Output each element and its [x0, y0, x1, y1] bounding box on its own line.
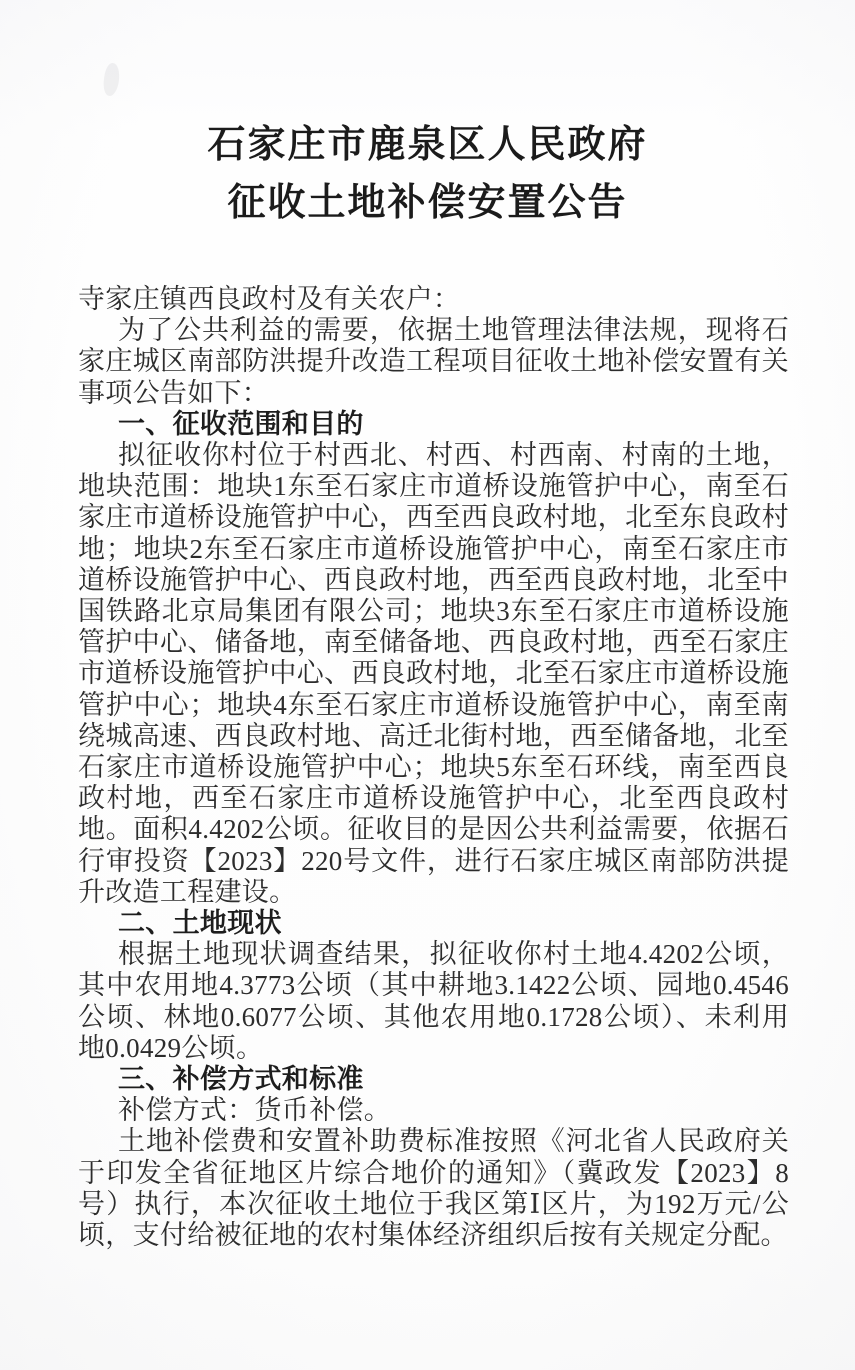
section-heading-scope-purpose: 一、征收范围和目的: [78, 409, 789, 440]
notice-body: 寺家庄镇西良政村及有关农户： 为了公共利益的需要，依据土地管理法律法规，现将石家…: [78, 284, 789, 1251]
notice-title-line-1: 石家庄市鹿泉区人民政府: [0, 116, 855, 174]
section-compensation-standard-paragraph: 土地补偿费和安置补助费标准按照《河北省人民政府关于印发全省征地区片综合地价的通知…: [78, 1126, 789, 1251]
salutation-line: 寺家庄镇西良政村及有关农户：: [78, 284, 789, 315]
section-heading-land-status: 二、土地现状: [78, 908, 789, 939]
section-land-status-paragraph: 根据土地现状调查结果，拟征收你村土地4.4202公顷，其中农用地4.3773公顷…: [78, 939, 789, 1064]
section-scope-purpose-paragraph: 拟征收你村位于村西北、村西、村西南、村南的土地，地块范围：地块1东至石家庄市道桥…: [78, 440, 789, 908]
intro-paragraph: 为了公共利益的需要，依据土地管理法律法规，现将石家庄城区南部防洪提升改造工程项目…: [78, 315, 789, 409]
notice-title: 石家庄市鹿泉区人民政府 征收土地补偿安置公告: [0, 0, 855, 232]
section-compensation-method-paragraph: 补偿方式：货币补偿。: [78, 1095, 789, 1126]
notice-title-line-2: 征收土地补偿安置公告: [0, 174, 855, 232]
scanned-notice-page: 石家庄市鹿泉区人民政府 征收土地补偿安置公告 寺家庄镇西良政村及有关农户： 为了…: [0, 0, 855, 1370]
section-heading-compensation: 三、补偿方式和标准: [78, 1064, 789, 1095]
